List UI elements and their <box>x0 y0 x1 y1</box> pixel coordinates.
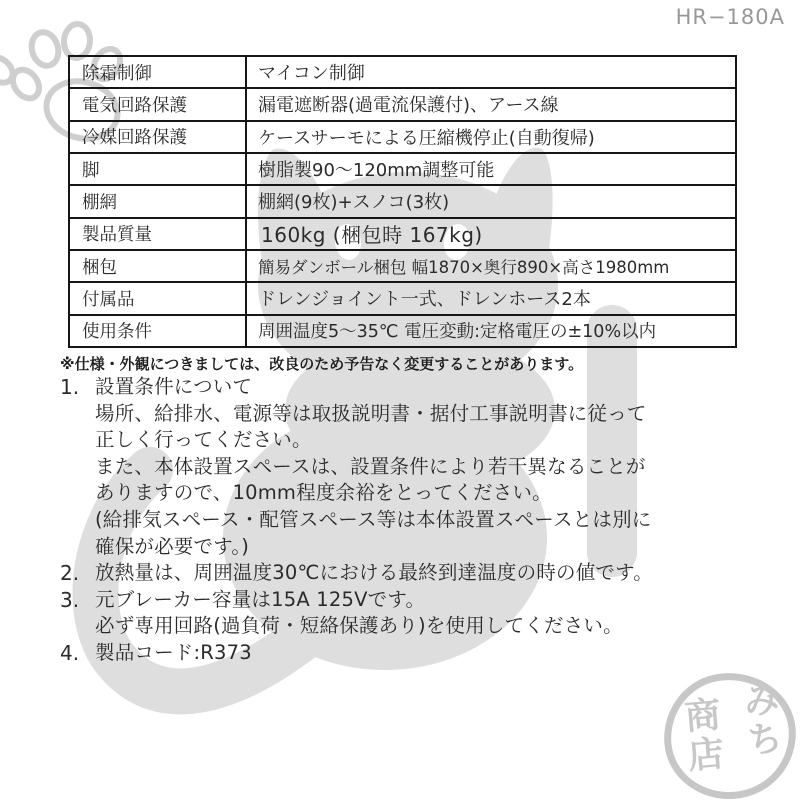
note-body: 設置条件について 場所、給排水、電源等は取扱説明書・据付工事説明書に従って 正し… <box>95 374 760 560</box>
note-line: 設置条件について <box>95 374 760 401</box>
note-line: また、本体設置スペースは、設置条件により若干異なることが <box>95 454 760 481</box>
note-line: 場所、給排水、電源等は取扱説明書・据付工事説明書に従って <box>95 401 760 428</box>
spec-value: 棚網(9枚)+スノコ(3枚) <box>247 186 735 216</box>
note-line: (給排気スペース・配管スペース等は本体設置スペースとは別に <box>95 507 760 534</box>
note-item-installation: 1. 設置条件について 場所、給排水、電源等は取扱説明書・据付工事説明書に従って… <box>60 374 760 560</box>
spec-label: 冷媒回路保護 <box>70 122 247 152</box>
note-line: 元ブレーカー容量は15A 125Vです。 <box>95 587 760 614</box>
spec-label: 付属品 <box>70 283 247 313</box>
spec-row-refrigerant-protection: 冷媒回路保護 ケースサーモによる圧縮機停止(自動復帰) <box>70 120 735 152</box>
note-item-breaker: 3. 元ブレーカー容量は15A 125Vです。 必ず専用回路(過負荷・短絡保護あ… <box>60 587 760 640</box>
spec-row-legs: 脚 樹脂製90〜120mm調整可能 <box>70 152 735 184</box>
spec-label: 使用条件 <box>70 316 247 346</box>
spec-value: 160kg (梱包時 167kg) <box>247 219 735 249</box>
spec-label: 梱包 <box>70 251 247 281</box>
note-body: 製品コード:R373 <box>95 640 760 667</box>
spec-label: 電気回路保護 <box>70 89 247 119</box>
spec-change-notice: ※仕様・外観につきましては、改良のため予告なく変更することがあります。 <box>60 353 583 374</box>
spec-row-operating-conditions: 使用条件 周囲温度5〜35℃ 電圧変動:定格電圧の±10%以内 <box>70 314 735 346</box>
spec-label: 脚 <box>70 154 247 184</box>
note-line: ありますので、10mm程度余裕をとってください。 <box>95 480 760 507</box>
hanko-shop-seal: みち 商店 <box>659 667 800 800</box>
note-item-heat-emission: 2. 放熱量は、周囲温度30℃における最終到達温度の時の値です。 <box>60 560 760 587</box>
spec-label: 製品質量 <box>70 219 247 249</box>
spec-label: 除霜制御 <box>70 57 247 87</box>
note-line: 確保が必要です。) <box>95 534 760 561</box>
spec-value: 樹脂製90〜120mm調整可能 <box>247 154 735 184</box>
spec-row-weight: 製品質量 160kg (梱包時 167kg) <box>70 217 735 249</box>
spec-value: 漏電遮断器(過電流保護付)、アース線 <box>247 89 735 119</box>
note-line: 製品コード:R373 <box>95 640 760 667</box>
spec-value: 周囲温度5〜35℃ 電圧変動:定格電圧の±10%以内 <box>247 316 735 346</box>
note-line: 正しく行ってください。 <box>95 427 760 454</box>
spec-label: 棚網 <box>70 186 247 216</box>
model-number: HR−180A <box>676 5 785 29</box>
seal-text-left: 商店 <box>680 695 723 776</box>
note-number: 2. <box>60 560 95 587</box>
spec-row-packing: 梱包 簡易ダンボール梱包 幅1870×奥行890×高さ1980mm <box>70 249 735 281</box>
spec-row-shelves: 棚網 棚網(9枚)+スノコ(3枚) <box>70 184 735 216</box>
product-spec-page: { "page": { "model_number": "HR−180A" },… <box>0 0 800 800</box>
note-line: 放熱量は、周囲温度30℃における最終到達温度の時の値です。 <box>95 560 760 587</box>
note-number: 1. <box>60 374 95 560</box>
spec-row-electric-protection: 電気回路保護 漏電遮断器(過電流保護付)、アース線 <box>70 87 735 119</box>
spec-value: マイコン制御 <box>247 57 735 87</box>
spec-row-accessories: 付属品 ドレンジョイント一式、ドレンホース2本 <box>70 281 735 313</box>
spec-value: ケースサーモによる圧縮機停止(自動復帰) <box>247 122 735 152</box>
note-number: 3. <box>60 587 95 640</box>
spec-value: ドレンジョイント一式、ドレンホース2本 <box>247 283 735 313</box>
notes-list: 1. 設置条件について 場所、給排水、電源等は取扱説明書・据付工事説明書に従って… <box>60 374 760 667</box>
note-body: 放熱量は、周囲温度30℃における最終到達温度の時の値です。 <box>95 560 760 587</box>
seal-text-right: みち <box>738 680 781 761</box>
spec-table: 除霜制御 マイコン制御 電気回路保護 漏電遮断器(過電流保護付)、アース線 冷媒… <box>68 55 737 348</box>
note-body: 元ブレーカー容量は15A 125Vです。 必ず専用回路(過負荷・短絡保護あり)を… <box>95 587 760 640</box>
spec-row-defrost: 除霜制御 マイコン制御 <box>70 57 735 87</box>
note-item-product-code: 4. 製品コード:R373 <box>60 640 760 667</box>
note-number: 4. <box>60 640 95 667</box>
note-line: 必ず専用回路(過負荷・短絡保護あり)を使用してください。 <box>95 613 760 640</box>
spec-value: 簡易ダンボール梱包 幅1870×奥行890×高さ1980mm <box>247 251 735 281</box>
